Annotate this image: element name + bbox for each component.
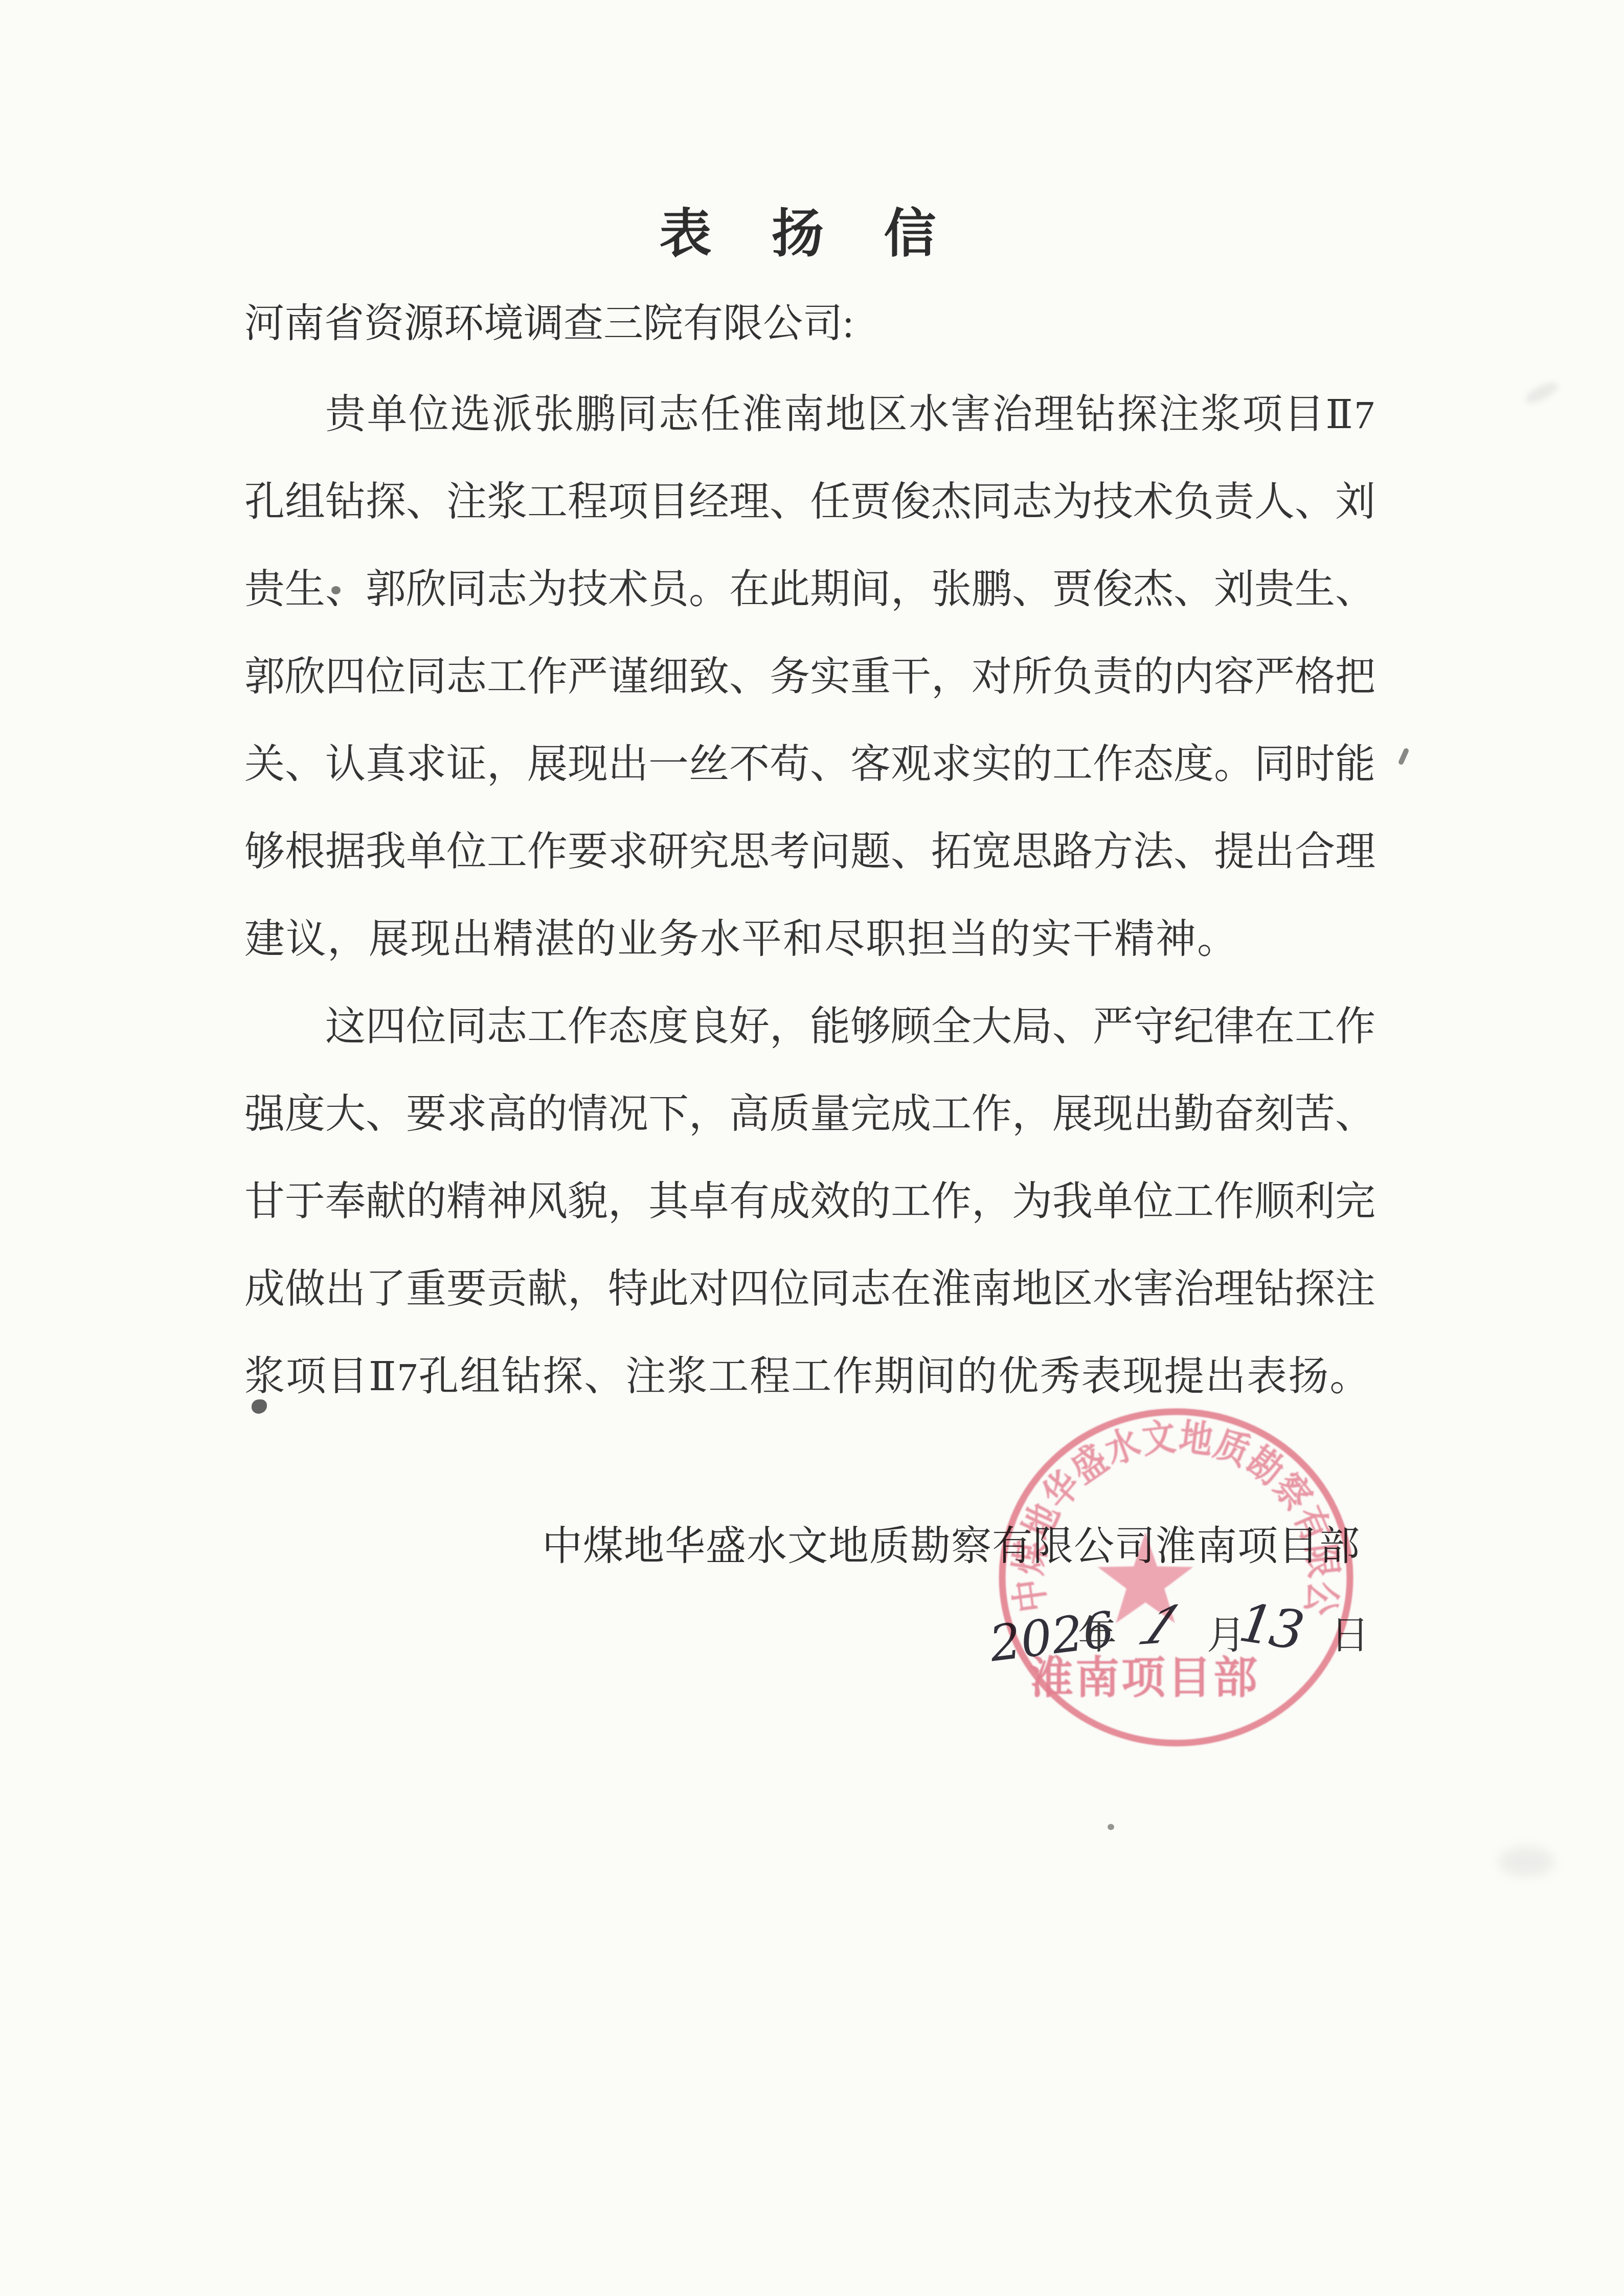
addressee-line: 河南省资源环境调查三院有限公司:: [244, 301, 1374, 347]
commendation-letter-page: 表 扬 信 河南省资源环境调查三院有限公司: 贵单位选派张鹏同志任淮南地区水害治…: [0, 0, 1624, 2296]
scan-artifact: [1108, 1824, 1114, 1830]
stamp-arc-text: 中煤地华盛水文地质勘察有限公司: [996, 1407, 1344, 1619]
paragraph2-line: 强度大、要求高的情况下，高质量完成工作，展现出勤奋刻苦、: [244, 1071, 1374, 1158]
scan-artifact: [1523, 378, 1561, 407]
paragraph2-line: 这四位同志工作态度良好，能够顾全大局、严守纪律在工作: [244, 984, 1374, 1071]
paragraph1-line: 建议，展现出精湛的业务水平和尽职担当的实干精神。: [244, 896, 1374, 984]
paragraph1-line: 关、认真求证，展现出一丝不苟、客观求实的工作态度。同时能: [244, 721, 1374, 809]
company-seal-stamp: 中煤地华盛水文地质勘察有限公司 淮南项目部: [996, 1407, 1360, 1752]
stamp-star-icon: [1098, 1532, 1193, 1623]
stamp-bottom-text: 淮南项目部: [1029, 1654, 1259, 1703]
paragraph1-line: 郭欣四位同志工作严谨细致、务实重干，对所负责的内容严格把: [244, 634, 1374, 721]
paragraph2-line: 甘于奉献的精神风貌，其卓有成效的工作，为我单位工作顺利完: [244, 1158, 1374, 1246]
letter-body: 贵单位选派张鹏同志任淮南地区水害治理钻探注浆项目Ⅱ7 孔组钻探、注浆工程项目经理…: [244, 371, 1374, 1421]
paragraph1-line: 贵生、郭欣同志为技术员。在此期间，张鹏、贾俊杰、刘贵生、: [244, 546, 1374, 634]
paragraph1-line: 够根据我单位工作要求研究思考问题、拓宽思路方法、提出合理: [244, 809, 1374, 896]
paragraph1-line: 孔组钻探、注浆工程项目经理、任贾俊杰同志为技术负责人、刘: [244, 459, 1374, 546]
scan-artifact: [1498, 1846, 1554, 1877]
scan-artifact: [1398, 747, 1410, 765]
letter-title: 表 扬 信: [244, 205, 1374, 264]
paragraph2-line: 成做出了重要贡献，特此对四位同志在淮南地区水害治理钻探注: [244, 1246, 1374, 1333]
paragraph1-line: 贵单位选派张鹏同志任淮南地区水害治理钻探注浆项目Ⅱ7: [244, 371, 1374, 459]
svg-text:中煤地华盛水文地质勘察有限公司: 中煤地华盛水文地质勘察有限公司: [996, 1407, 1344, 1619]
